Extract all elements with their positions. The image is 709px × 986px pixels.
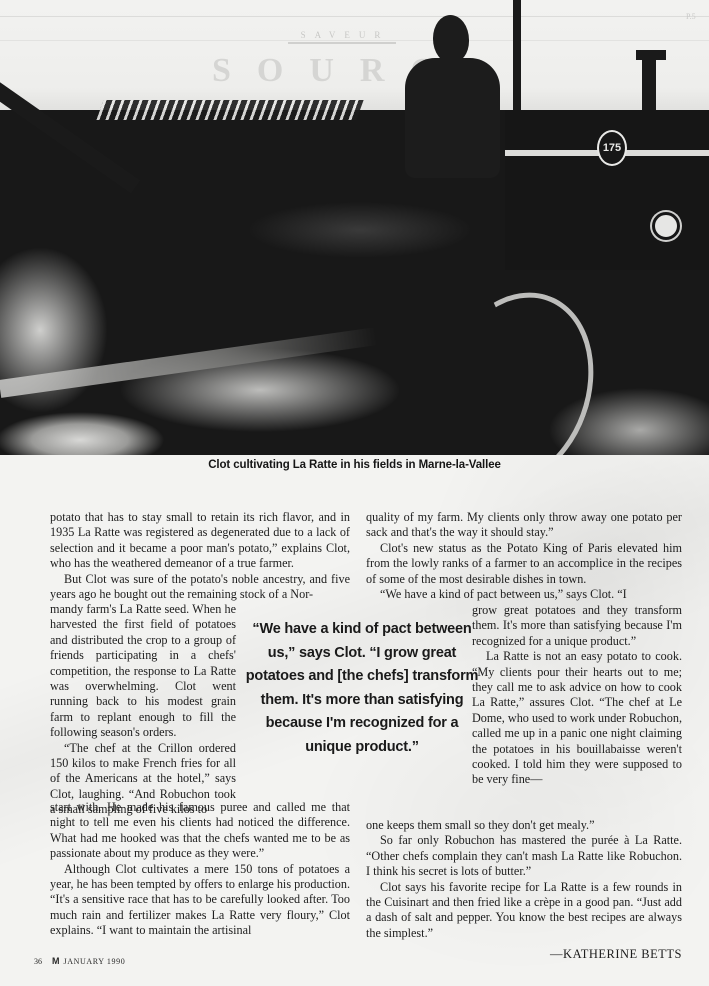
article-photo: SAVEUR SOURC P.5 175 <box>0 0 709 455</box>
issue-date: JANUARY 1990 <box>64 957 126 966</box>
paragraph: But Clot was sure of the potato's noble … <box>50 572 350 603</box>
page-footer: 36 M JANUARY 1990 <box>34 956 125 966</box>
paragraph: start with. He made his famous puree and… <box>50 800 350 862</box>
masthead-section-label: SAVEUR <box>290 30 400 40</box>
paragraph: So far only Robuchon has mastered the pu… <box>366 833 682 879</box>
left-column-top: potato that has to stay small to retain … <box>50 510 350 602</box>
paragraph: quality of my farm. My clients only thro… <box>366 510 682 541</box>
masthead-rule-lower <box>0 40 709 41</box>
photo-caption: Clot cultivating La Ratte in his fields … <box>0 459 709 471</box>
paragraph: potato that has to stay small to retain … <box>50 510 350 572</box>
paragraph: one keeps them small so they don't get m… <box>366 818 682 833</box>
tractor-badge: 175 <box>597 130 627 166</box>
right-column-middle: grow great potatoes and they transform t… <box>472 603 682 788</box>
paragraph: Clot's new status as the Potato King of … <box>366 541 682 587</box>
photo-farmer-head <box>433 15 469 63</box>
masthead-page-ref: P.5 <box>686 12 696 21</box>
left-column-bottom: start with. He made his famous puree and… <box>50 800 350 939</box>
page-number: 36 <box>34 957 52 966</box>
photo-farmer-body <box>405 58 500 178</box>
paragraph: “We have a kind of pact between us,” say… <box>366 587 682 602</box>
right-column-top: quality of my farm. My clients only thro… <box>366 510 682 602</box>
magazine-logo-icon: M <box>52 956 59 966</box>
photo-harrow <box>96 100 363 120</box>
paragraph: Although Clot cultivates a mere 150 tons… <box>50 862 350 939</box>
photo-chimney <box>642 52 656 112</box>
paragraph: grow great potatoes and they transform t… <box>472 603 682 649</box>
tractor-headlamp-icon <box>652 212 680 240</box>
masthead-underline <box>288 42 396 44</box>
left-column-middle: mandy farm's La Ratte seed. When he harv… <box>50 602 236 818</box>
masthead-rule-top <box>0 16 709 17</box>
pull-quote: “We have a kind of pact between us,” say… <box>244 618 480 759</box>
paragraph: La Ratte is not an easy potato to cook. … <box>472 649 682 788</box>
paragraph: mandy farm's La Ratte seed. When he harv… <box>50 602 236 741</box>
author-byline: —KATHERINE BETTS <box>366 947 682 962</box>
paragraph: Clot says his favorite recipe for La Rat… <box>366 880 682 942</box>
right-column-bottom: one keeps them small so they don't get m… <box>366 818 682 963</box>
